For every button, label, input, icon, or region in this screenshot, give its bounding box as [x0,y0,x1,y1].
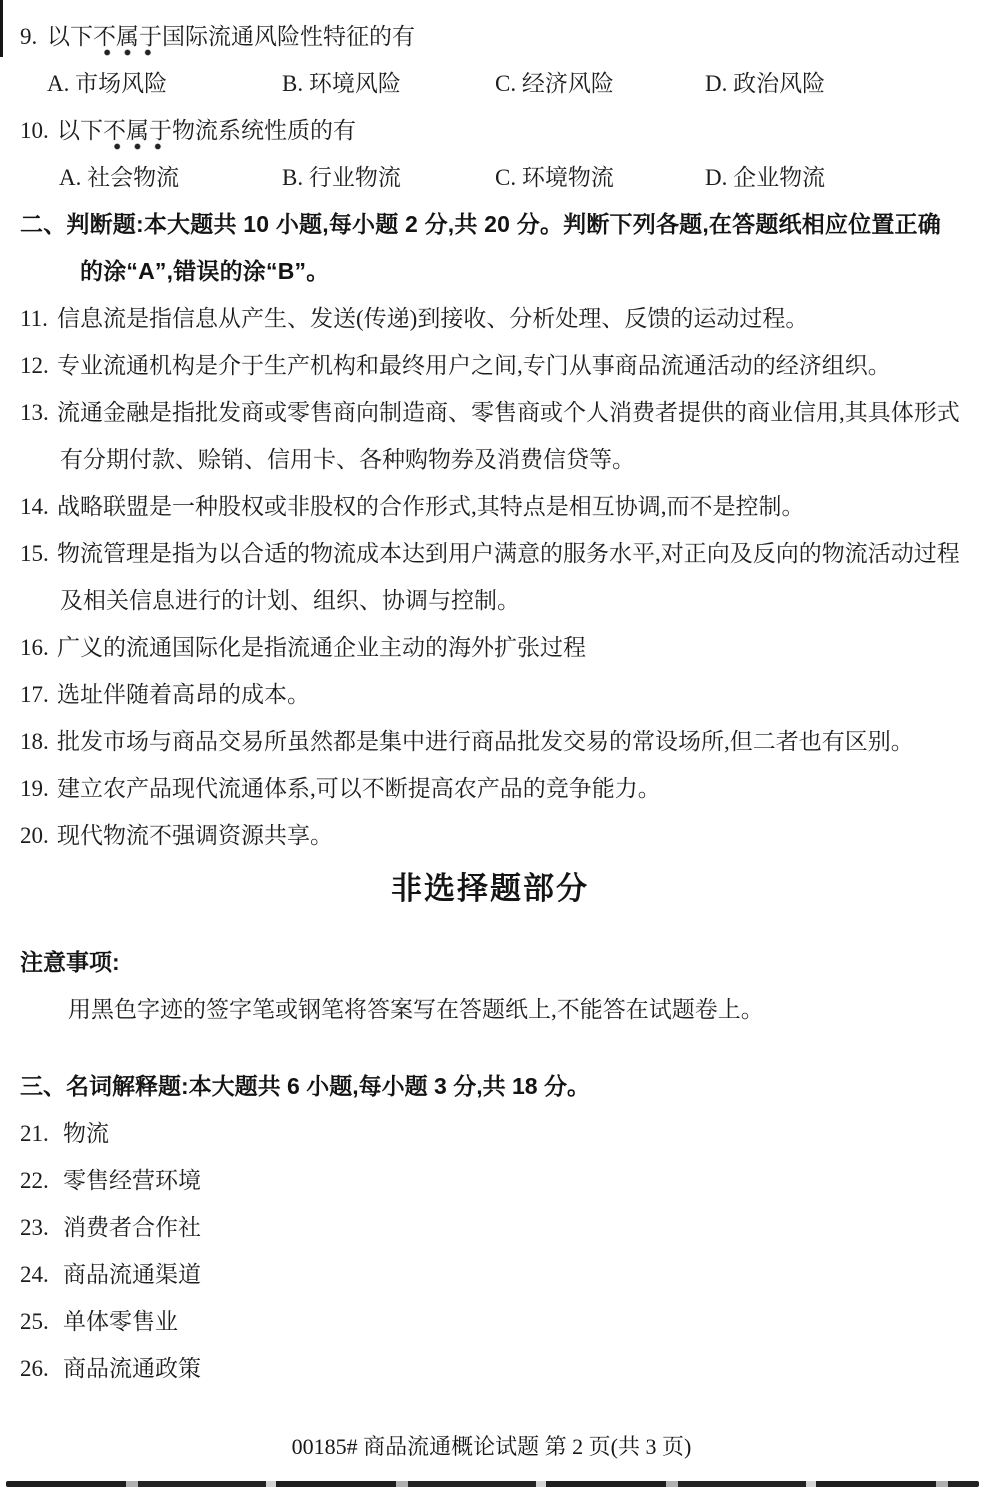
option-a: A. 市场风险 [47,60,282,107]
option-c: C. 经济风险 [495,60,705,107]
option-a: A. 社会物流 [59,154,282,201]
question-9-stem: 9.以下不属于国际流通风险性特征的有 [20,13,960,60]
question-20: 20.现代物流不强调资源共享。 [20,812,960,859]
question-text: 现代物流不强调资源共享。 [57,823,333,848]
question-number: 14. [20,483,57,530]
question-number: 23. [20,1204,63,1251]
question-24: 24.商品流通渠道 [20,1251,960,1298]
question-number: 20. [20,812,57,859]
question-18: 18.批发市场与商品交易所虽然都是集中进行商品批发交易的常设场所,但二者也有区别… [20,718,960,765]
notice-text: 用黑色字迹的签字笔或钢笔将答案写在答题纸上,不能答在试题卷上。 [20,986,960,1033]
question-17: 17.选址伴随着高昂的成本。 [20,671,960,718]
question-number: 10. [20,107,57,154]
question-number: 9. [20,13,47,60]
question-10-options: A. 社会物流 B. 行业物流 C. 环境物流 D. 企业物流 [20,154,960,201]
question-text: 物流 [63,1121,109,1146]
scan-edge-artifact-left [0,0,3,57]
option-b: B. 行业物流 [282,154,495,201]
question-text: 广义的流通国际化是指流通企业主动的海外扩张过程 [57,635,586,660]
question-text: 批发市场与商品交易所虽然都是集中进行商品批发交易的常设场所,但二者也有区别。 [57,729,914,754]
question-text: 流通金融是指批发商或零售商向制造商、零售商或个人消费者提供的商业信用,其具体形式… [57,400,960,472]
question-19: 19.建立农产品现代流通体系,可以不断提高农产品的竞争能力。 [20,765,960,812]
question-21: 21.物流 [20,1110,960,1157]
question-9-options: A. 市场风险 B. 环境风险 C. 经济风险 D. 政治风险 [20,60,960,107]
question-number: 12. [20,342,57,389]
question-13: 13.流通金融是指批发商或零售商向制造商、零售商或个人消费者提供的商业信用,其具… [20,389,960,483]
scan-edge-artifact-bottom [6,1481,979,1487]
question-number: 18. [20,718,57,765]
emphasized-text: 不属于 [93,24,162,49]
question-25: 25.单体零售业 [20,1298,960,1345]
question-number: 16. [20,624,57,671]
question-12: 12.专业流通机构是介于生产机构和最终用户之间,专门从事商品流通活动的经济组织。 [20,342,960,389]
question-11: 11.信息流是指信息从产生、发送(传递)到接收、分析处理、反馈的运动过程。 [20,295,960,342]
question-14: 14.战略联盟是一种股权或非股权的合作形式,其特点是相互协调,而不是控制。 [20,483,960,530]
section-three-heading: 三、名词解释题:本大题共 6 小题,每小题 3 分,共 18 分。 [20,1063,960,1110]
question-number: 21. [20,1110,63,1157]
question-text: 物流管理是指为以合适的物流成本达到用户满意的服务水平,对正向及反向的物流活动过程… [57,541,960,613]
question-number: 17. [20,671,57,718]
question-number: 19. [20,765,57,812]
page-footer: 00185# 商品流通概论试题 第 2 页(共 3 页) [0,1432,983,1462]
question-number: 25. [20,1298,63,1345]
question-text: 单体零售业 [63,1309,178,1334]
question-text: 国际流通风险性特征的有 [162,24,415,49]
question-text: 信息流是指信息从产生、发送(传递)到接收、分析处理、反馈的运动过程。 [57,306,808,331]
option-d: D. 政治风险 [705,60,825,107]
question-number: 22. [20,1157,63,1204]
option-b: B. 环境风险 [282,60,495,107]
section-two-heading: 二、判断题:本大题共 10 小题,每小题 2 分,共 20 分。判断下列各题,在… [20,201,960,295]
option-c: C. 环境物流 [495,154,705,201]
question-number: 26. [20,1345,63,1392]
question-26: 26.商品流通政策 [20,1345,960,1392]
question-text: 以下 [57,118,103,143]
part-title: 非选择题部分 [20,863,960,915]
question-text: 战略联盟是一种股权或非股权的合作形式,其特点是相互协调,而不是控制。 [57,494,805,519]
question-number: 24. [20,1251,63,1298]
question-text: 专业流通机构是介于生产机构和最终用户之间,专门从事商品流通活动的经济组织。 [57,353,891,378]
question-text: 商品流通政策 [63,1356,201,1381]
question-text: 以下 [47,24,93,49]
emphasized-text: 不属于 [103,118,172,143]
question-text: 选址伴随着高昂的成本。 [57,682,310,707]
question-15: 15.物流管理是指为以合适的物流成本达到用户满意的服务水平,对正向及反向的物流活… [20,530,960,624]
question-number: 11. [20,295,57,342]
exam-page-content: 9.以下不属于国际流通风险性特征的有 A. 市场风险 B. 环境风险 C. 经济… [20,13,960,1392]
question-number: 13. [20,389,57,436]
question-23: 23.消费者合作社 [20,1204,960,1251]
question-text: 零售经营环境 [63,1168,201,1193]
question-22: 22.零售经营环境 [20,1157,960,1204]
question-10-stem: 10.以下不属于物流系统性质的有 [20,107,960,154]
question-text: 建立农产品现代流通体系,可以不断提高农产品的竞争能力。 [57,776,661,801]
question-text: 消费者合作社 [63,1215,201,1240]
question-text: 商品流通渠道 [63,1262,201,1287]
notice-heading: 注意事项: [20,939,960,986]
option-d: D. 企业物流 [705,154,825,201]
question-number: 15. [20,530,57,577]
question-16: 16.广义的流通国际化是指流通企业主动的海外扩张过程 [20,624,960,671]
question-text: 物流系统性质的有 [172,118,356,143]
